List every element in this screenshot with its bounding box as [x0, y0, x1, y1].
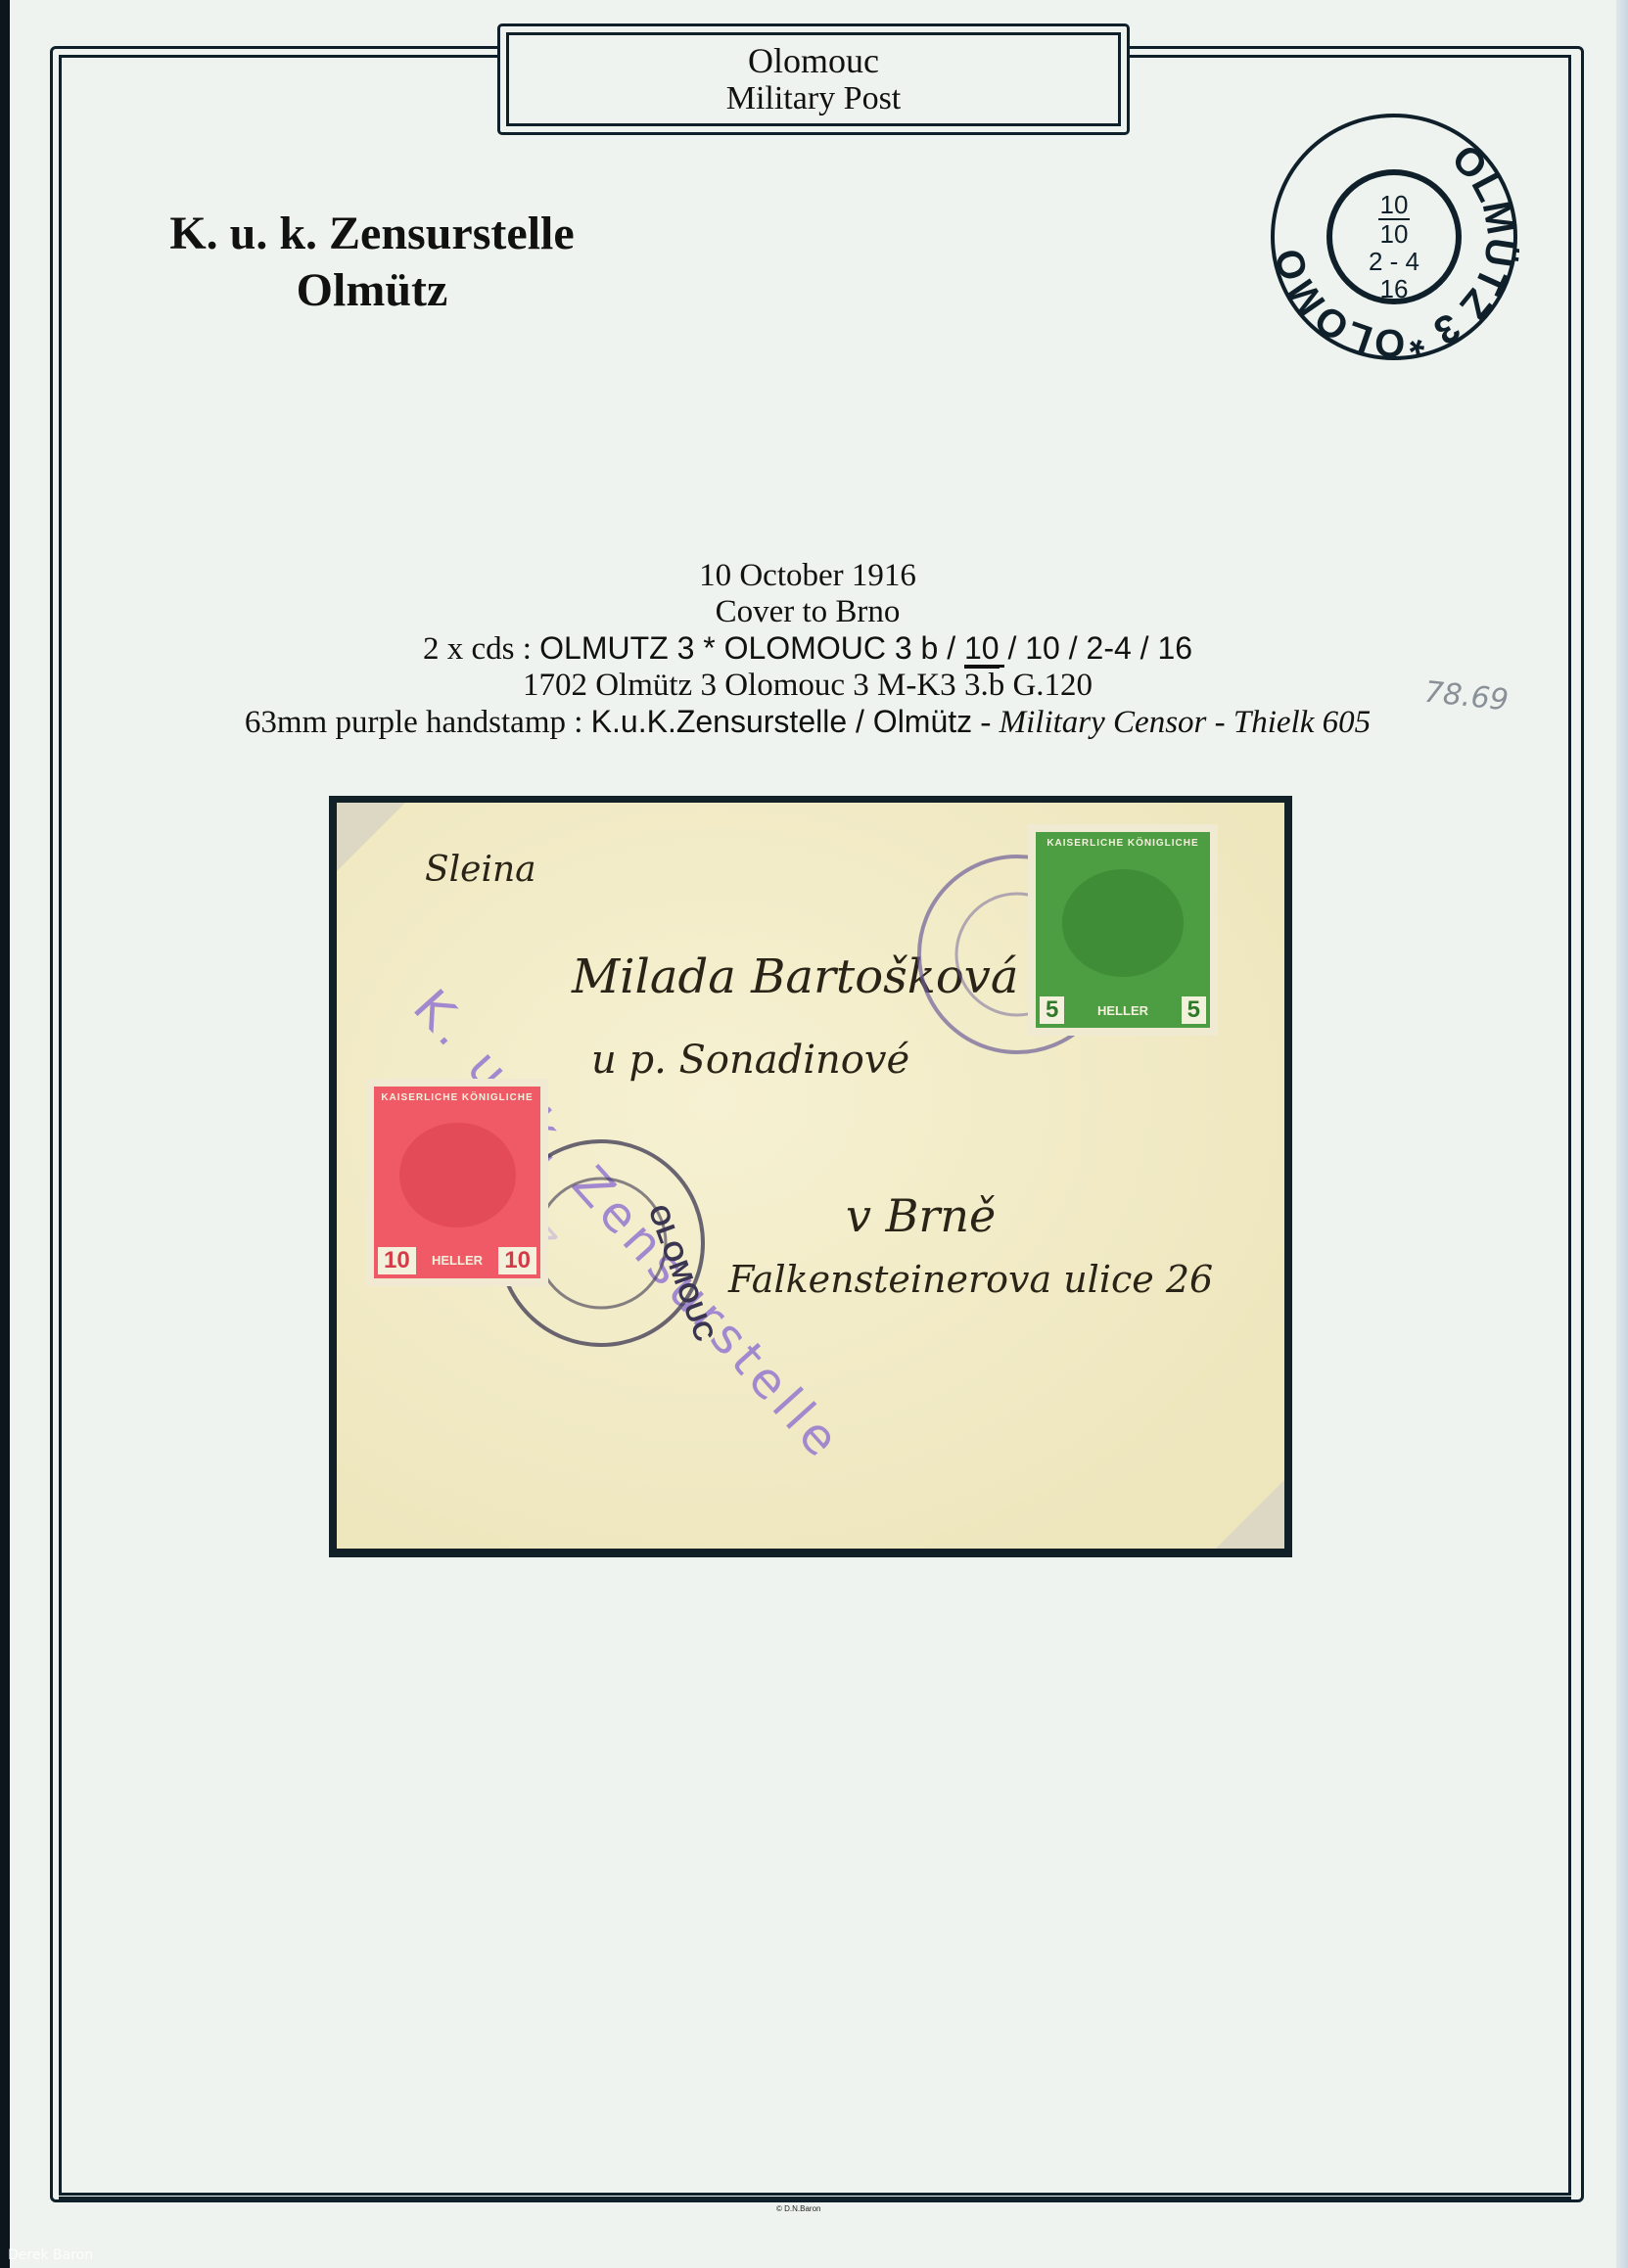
portrait-icon: [399, 1123, 516, 1228]
addressee-city: v Brně: [846, 1189, 996, 1242]
cds-day: 10: [964, 630, 1000, 669]
section-title-line1: K. u. k. Zensurstelle: [127, 206, 617, 262]
stamp-legend: KAISERLICHE KÖNIGLICHE: [1047, 838, 1198, 849]
cds-text: OLMUTZ 3 * OLOMOUC 3 b /: [539, 630, 964, 666]
postmark-icon: OLMÜTZ 3 *OLOMOUC 3 b 10 10 2 - 4 16: [1269, 112, 1519, 362]
stamp-value-left: 10: [378, 1247, 416, 1274]
stamp-value-right: 10: [498, 1247, 536, 1274]
watermark: Derek Baron: [8, 2247, 93, 2263]
footer-rule: [59, 2197, 1571, 2199]
portrait-icon: [1062, 869, 1185, 977]
handstamp-prefix: 63mm purple handstamp :: [245, 705, 591, 740]
addressee-care-of: u p. Sonadinové: [591, 1038, 909, 1083]
svg-text:10: 10: [1380, 190, 1409, 219]
caption-cds: 2 x cds : OLMUTZ 3 * OLOMOUC 3 b / 10 / …: [98, 630, 1517, 668]
scan-edge-right: [1616, 0, 1628, 2268]
stamp-unit: HELLER: [432, 1253, 483, 1268]
catalog-type: 3.b: [964, 665, 1004, 703]
section-title: K. u. k. Zensurstelle Olmütz: [127, 206, 617, 319]
caption-date: 10 October 1916: [98, 558, 1517, 594]
section-title-line2: Olmütz: [127, 262, 617, 319]
copyright: © D.N.Baron: [776, 2204, 820, 2213]
catalog-number: G.120: [1004, 668, 1093, 703]
svg-text:OLOMOUC: OLOMOUC: [642, 1200, 719, 1345]
svg-text:2 - 4: 2 - 4: [1369, 247, 1419, 276]
caption-handstamp: 63mm purple handstamp : K.u.K.Zensurstel…: [98, 704, 1517, 741]
handstamp-text: K.u.K.Zensurstelle / Olmütz: [591, 704, 972, 739]
stamp-value-right: 5: [1182, 996, 1206, 1024]
addressee-street: Falkensteinerova ulice 26: [728, 1258, 1213, 1301]
cover-caption: 10 October 1916 Cover to Brno 2 x cds : …: [98, 558, 1517, 741]
handstamp-description: - Military Censor - Thielk 605: [972, 705, 1371, 740]
svg-text:16: 16: [1380, 274, 1409, 303]
header-title: Olomouc: [509, 41, 1118, 80]
header-title-box: Olomouc Military Post: [497, 23, 1130, 135]
catalog-text: 1702 Olmütz 3 Olomouc 3 M-K3: [523, 668, 964, 703]
sender-note: Sleina: [425, 850, 536, 890]
scan-edge-left: [0, 0, 10, 2268]
postmark-illustration: OLMÜTZ 3 *OLOMOUC 3 b 10 10 2 - 4 16: [1269, 112, 1519, 362]
header-subtitle: Military Post: [509, 80, 1118, 117]
svg-text:10: 10: [1380, 219, 1409, 249]
envelope-cover: Sleina Milada Bartošková u p. Sonadinové…: [337, 803, 1284, 1549]
mount-corner-bottom-right: [1216, 1480, 1284, 1549]
stamp-legend: KAISERLICHE KÖNIGLICHE: [381, 1092, 533, 1103]
mount-corner-top-left: [337, 803, 405, 871]
stamp-unit: HELLER: [1097, 1003, 1148, 1018]
caption-catalog: 1702 Olmütz 3 Olomouc 3 M-K3 3.b G.120: [98, 668, 1517, 704]
stamp-10-heller: KAISERLICHE KÖNIGLICHE 10 HELLER 10: [366, 1079, 548, 1286]
caption-description: Cover to Brno: [98, 594, 1517, 630]
cds-text-rest: / 10 / 2-4 / 16: [1000, 630, 1192, 666]
stamp-5-heller: KAISERLICHE KÖNIGLICHE 5 HELLER 5: [1028, 824, 1218, 1036]
cds-prefix: 2 x cds :: [423, 631, 539, 667]
stamp-value-left: 5: [1040, 996, 1064, 1024]
